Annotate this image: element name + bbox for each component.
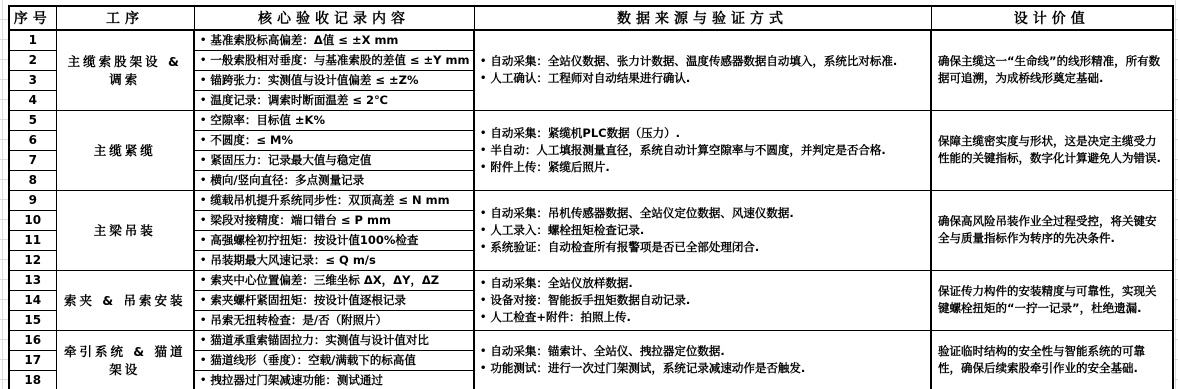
record-content-cell: •吊装期最大风速记录：≤ Q m/s: [194, 250, 474, 270]
record-content-cell: •缆载吊机提升系统同步性：双顶高差 ≤ N mm: [194, 190, 474, 210]
row-number-cell: 13: [9, 270, 56, 290]
row-number-cell: 6: [9, 130, 56, 150]
background-gridline-left: [2, 0, 3, 389]
data-source-text: 半自动：人工填报测量直径，系统自动计算空隙率与不圆度，并判定是否合格.: [490, 143, 885, 157]
bullet-icon: •: [200, 355, 206, 366]
record-content-cell: •吊索无扭转检查：是/否（附照片）: [194, 310, 474, 330]
data-source-text: 自动采集：紧缆机PLC数据（压力）.: [490, 126, 680, 140]
data-source-text: 自动采集：全站仪放样数据.: [490, 276, 632, 290]
record-content-text: 不圆度：≤ M%: [210, 133, 293, 147]
record-content-cell: •猫道线形（垂度）：空载/满载下的标高值: [194, 350, 474, 370]
record-content-text: 拽拉器过门架减速功能：测试通过: [210, 373, 383, 387]
design-value-cell: 确保高风险吊装作业全过程受控，将关键安全与质量指标作为转序的先决条件.: [931, 190, 1173, 270]
row-number-cell: 18: [9, 370, 56, 389]
design-value-text: 确保主缆这一“生命线”的线形精准，所有数据可追溯，为成桥线形奠定基础.: [938, 54, 1160, 85]
record-content-text: 横向/竖向直径：多点测量记录: [210, 173, 364, 187]
record-content-text: 吊装期最大风速记录：≤ Q m/s: [210, 253, 375, 267]
row-number-cell: 7: [9, 150, 56, 170]
bullet-icon: •: [480, 205, 486, 222]
data-source-text: 设备对接：智能扳手扭矩数据自动记录.: [490, 293, 690, 307]
header-design-value: 设计价值: [931, 6, 1173, 30]
bullet-icon: •: [200, 335, 206, 346]
record-content-cell: •基准索股标高偏差：Δ值 ≤ ±X mm: [194, 30, 474, 50]
data-source-cell: •自动采集：全站仪放样数据. •设备对接：智能扳手扭矩数据自动记录. •人工检查…: [474, 270, 931, 330]
header-process: 工序: [56, 6, 194, 30]
bullet-icon: •: [200, 195, 206, 206]
process-cell: 主梁吊装: [56, 190, 194, 270]
record-content-text: 缆载吊机提升系统同步性：双顶高差 ≤ N mm: [210, 193, 449, 207]
bullet-icon: •: [480, 125, 486, 142]
header-row: 序号 工序 核心验收记录内容 数据来源与验证方式 设计价值: [9, 6, 1173, 30]
record-content-cell: •温度记录：调索时断面温差 ≤ 2℃: [194, 90, 474, 110]
bullet-icon: •: [200, 295, 206, 306]
bullet-icon: •: [200, 115, 206, 126]
process-label: 索夹 & 吊索安装: [64, 293, 186, 308]
bullet-icon: •: [200, 175, 206, 186]
row-number-cell: 17: [9, 350, 56, 370]
record-content-cell: •拽拉器过门架减速功能：测试通过: [194, 370, 474, 389]
bullet-icon: •: [480, 142, 486, 159]
process-cell: 主缆紧缆: [56, 110, 194, 190]
data-source-cell: •自动采集：吊机传感器数据、全站仪定位数据、风速仪数据. •人工录入：螺栓扭矩检…: [474, 190, 931, 270]
design-value-text: 保障主缆密实度与形状，这是决定主缆受力性能的关键指标，数字化计算避免人为错误.: [938, 134, 1161, 165]
data-source-cell: •自动采集：紧缆机PLC数据（压力）. •半自动：人工填报测量直径，系统自动计算…: [474, 110, 931, 190]
data-source-text: 人工检查+附件：拍照上传.: [490, 310, 631, 324]
record-content-cell: •不圆度：≤ M%: [194, 130, 474, 150]
row-number-cell: 1: [9, 30, 56, 50]
record-content-cell: •高强螺栓初拧扭矩：按设计值100%检查: [194, 230, 474, 250]
record-content-text: 猫道线形（垂度）：空载/满载下的标高值: [210, 353, 415, 367]
record-content-text: 锚跨张力：实测值与设计值偏差 ≤ ±Z%: [210, 73, 418, 87]
bullet-icon: •: [200, 75, 206, 86]
row-number-cell: 2: [9, 50, 56, 70]
bullet-icon: •: [480, 343, 486, 360]
row-number-cell: 16: [9, 330, 56, 350]
bullet-icon: •: [480, 53, 486, 70]
bullet-icon: •: [200, 55, 206, 66]
bullet-icon: •: [200, 315, 206, 326]
bullet-icon: •: [200, 135, 206, 146]
data-source-text: 自动采集：全站仪数据、张力计数据、温度传感器数据自动填入，系统比对标准.: [490, 54, 897, 68]
process-label: 主缆索股架设 & 调索: [68, 54, 182, 87]
header-seq: 序号: [9, 6, 56, 30]
data-source-text: 自动采集：吊机传感器数据、全站仪定位数据、风速仪数据.: [490, 206, 793, 220]
row-number-cell: 4: [9, 90, 56, 110]
acceptance-record-table: 序号 工序 核心验收记录内容 数据来源与验证方式 设计价值 1 主缆索股架设 &…: [8, 5, 1174, 389]
design-value-text: 验证临时结构的安全性与智能系统的可靠性，确保后续索股牵引作业的安全基础.: [938, 344, 1145, 375]
bullet-icon: •: [200, 215, 206, 226]
record-content-text: 猫道承重索锚固拉力：实测值与设计值对比: [210, 333, 429, 347]
bullet-icon: •: [480, 275, 486, 292]
bullet-icon: •: [480, 70, 486, 87]
bullet-icon: •: [480, 292, 486, 309]
header-record-content: 核心验收记录内容: [194, 6, 474, 30]
row-number-cell: 10: [9, 210, 56, 230]
process-cell: 牵引系统 & 猫道架设: [56, 330, 194, 389]
record-content-cell: •一般索股相对垂度：与基准索股的差值 ≤ ±Y mm: [194, 50, 474, 70]
header-data-source: 数据来源与验证方式: [474, 6, 931, 30]
design-value-cell: 确保主缆这一“生命线”的线形精准，所有数据可追溯，为成桥线形奠定基础.: [931, 30, 1173, 110]
row-number-cell: 5: [9, 110, 56, 130]
row-number-cell: 9: [9, 190, 56, 210]
process-cell: 索夹 & 吊索安装: [56, 270, 194, 330]
bullet-icon: •: [480, 309, 486, 326]
data-source-text: 人工录入：螺栓扭矩检查记录.: [490, 223, 644, 237]
data-source-text: 自动采集：锚索计、全站仪、拽拉器定位数据.: [490, 344, 724, 358]
bullet-icon: •: [480, 239, 486, 256]
record-content-text: 温度记录：调索时断面温差 ≤ 2℃: [210, 93, 388, 107]
record-content-text: 紧固压力：记录最大值与稳定值: [210, 153, 371, 167]
record-content-text: 索夹螺杆紧固扭矩：按设计值逐根记录: [210, 293, 406, 307]
table-row: 5 主缆紧缆 •空隙率：目标值 ±K% •自动采集：紧缆机PLC数据（压力）. …: [9, 110, 1173, 130]
bullet-icon: •: [200, 275, 206, 286]
process-label: 主缆紧缆: [94, 143, 156, 158]
data-source-cell: •自动采集：锚索计、全站仪、拽拉器定位数据. •功能测试：进行一次过门架测试，系…: [474, 330, 931, 389]
bullet-icon: •: [200, 155, 206, 166]
table-row: 16 牵引系统 & 猫道架设 •猫道承重索锚固拉力：实测值与设计值对比 •自动采…: [9, 330, 1173, 350]
process-cell: 主缆索股架设 & 调索: [56, 30, 194, 110]
record-content-cell: •梁段对接精度：端口错台 ≤ P mm: [194, 210, 474, 230]
bullet-icon: •: [200, 375, 206, 386]
bullet-icon: •: [480, 222, 486, 239]
acceptance-record-table-wrap: 序号 工序 核心验收记录内容 数据来源与验证方式 设计价值 1 主缆索股架设 &…: [8, 5, 1174, 389]
bullet-icon: •: [480, 159, 486, 176]
record-content-text: 索夹中心位置偏差：三维坐标 ΔX，ΔY，ΔZ: [210, 273, 439, 287]
record-content-text: 高强螺栓初拧扭矩：按设计值100%检查: [210, 233, 418, 247]
record-content-text: 一般索股相对垂度：与基准索股的差值 ≤ ±Y mm: [210, 53, 469, 67]
background-gridline-right: [1175, 0, 1176, 389]
record-content-text: 梁段对接精度：端口错台 ≤ P mm: [210, 213, 391, 227]
record-content-cell: •猫道承重索锚固拉力：实测值与设计值对比: [194, 330, 474, 350]
bullet-icon: •: [200, 255, 206, 266]
record-content-cell: •索夹中心位置偏差：三维坐标 ΔX，ΔY，ΔZ: [194, 270, 474, 290]
data-source-cell: •自动采集：全站仪数据、张力计数据、温度传感器数据自动填入，系统比对标准. •人…: [474, 30, 931, 110]
design-value-text: 保证传力构件的安装精度与可靠性，实现关键螺栓扭矩的“一拧一记录”，杜绝遗漏.: [938, 284, 1157, 315]
process-label: 主梁吊装: [94, 223, 156, 238]
row-number-cell: 8: [9, 170, 56, 190]
data-source-text: 系统验证：自动检查所有报警项是否已全部处理闭合.: [490, 240, 759, 254]
record-content-text: 空隙率：目标值 ±K%: [210, 113, 325, 127]
design-value-cell: 保障主缆密实度与形状，这是决定主缆受力性能的关键指标，数字化计算避免人为错误.: [931, 110, 1173, 190]
record-content-cell: •锚跨张力：实测值与设计值偏差 ≤ ±Z%: [194, 70, 474, 90]
row-number-cell: 12: [9, 250, 56, 270]
row-number-cell: 14: [9, 290, 56, 310]
bullet-icon: •: [200, 235, 206, 246]
data-source-text: 功能测试：进行一次过门架测试，系统记录减速动作是否触发.: [490, 361, 805, 375]
record-content-cell: •横向/竖向直径：多点测量记录: [194, 170, 474, 190]
table-row: 9 主梁吊装 •缆载吊机提升系统同步性：双顶高差 ≤ N mm •自动采集：吊机…: [9, 190, 1173, 210]
record-content-text: 吊索无扭转检查：是/否（附照片）: [210, 313, 387, 327]
record-content-text: 基准索股标高偏差：Δ值 ≤ ±X mm: [210, 33, 398, 47]
data-source-text: 人工确认：工程师对自动结果进行确认.: [490, 71, 690, 85]
data-source-text: 附件上传：紧缆后照片.: [490, 160, 609, 174]
table-row: 13 索夹 & 吊索安装 •索夹中心位置偏差：三维坐标 ΔX，ΔY，ΔZ •自动…: [9, 270, 1173, 290]
design-value-cell: 验证临时结构的安全性与智能系统的可靠性，确保后续索股牵引作业的安全基础.: [931, 330, 1173, 389]
record-content-cell: •索夹螺杆紧固扭矩：按设计值逐根记录: [194, 290, 474, 310]
design-value-cell: 保证传力构件的安装精度与可靠性，实现关键螺栓扭矩的“一拧一记录”，杜绝遗漏.: [931, 270, 1173, 330]
row-number-cell: 11: [9, 230, 56, 250]
process-label: 牵引系统 & 猫道架设: [64, 344, 186, 377]
row-number-cell: 3: [9, 70, 56, 90]
bullet-icon: •: [200, 35, 206, 46]
record-content-cell: •紧固压力：记录最大值与稳定值: [194, 150, 474, 170]
table-row: 1 主缆索股架设 & 调索 •基准索股标高偏差：Δ值 ≤ ±X mm •自动采集…: [9, 30, 1173, 50]
record-content-cell: •空隙率：目标值 ±K%: [194, 110, 474, 130]
row-number-cell: 15: [9, 310, 56, 330]
bullet-icon: •: [480, 360, 486, 377]
design-value-text: 确保高风险吊装作业全过程受控，将关键安全与质量指标作为转序的先决条件.: [938, 214, 1157, 245]
bullet-icon: •: [200, 95, 206, 106]
